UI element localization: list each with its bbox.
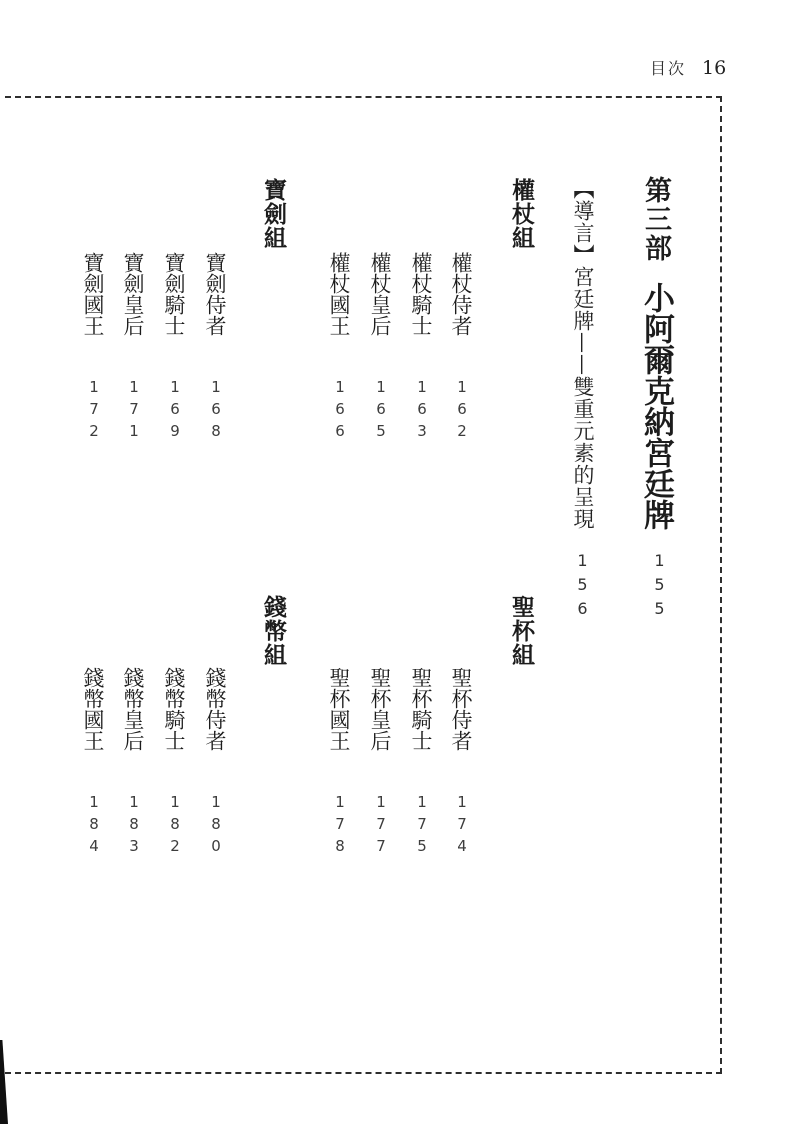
dashed-frame	[5, 96, 722, 1074]
running-head: 目次 16	[650, 56, 726, 79]
toc-entry-title: 錢幣騎士	[163, 667, 184, 751]
toc-entry-title: 寶劍皇后	[122, 252, 143, 336]
intro-page-number: 156	[574, 551, 590, 623]
part-page-number: 155	[651, 551, 667, 623]
toc-entry-title: 聖杯侍者	[450, 667, 471, 751]
part-title: 小阿爾克納宮廷牌	[640, 282, 671, 530]
toc-entry-page: 168	[208, 378, 223, 444]
toc-entry-page: 162	[454, 378, 469, 444]
toc-entry-page: 180	[208, 793, 223, 859]
section-header-wands: 權杖組	[510, 178, 533, 250]
section-header-swords: 寶劍組	[262, 178, 285, 250]
section-header-cups: 聖杯組	[510, 595, 533, 667]
toc-entry-page: 177	[373, 793, 388, 859]
toc-entry-title: 錢幣國王	[82, 667, 103, 751]
toc-entry-page: 166	[332, 378, 347, 444]
toc-entry-title: 聖杯騎士	[410, 667, 431, 751]
toc-entry-page: 182	[167, 793, 182, 859]
toc-entry-page: 172	[86, 378, 101, 444]
toc-entry-page: 169	[167, 378, 182, 444]
toc-entry-page: 184	[86, 793, 101, 859]
toc-entry-page: 174	[454, 793, 469, 859]
part-label: 第三部	[642, 176, 669, 263]
toc-entry-title: 權杖國王	[328, 252, 349, 336]
running-head-page-number: 16	[702, 57, 726, 79]
toc-entry-page: 165	[373, 378, 388, 444]
running-head-label: 目次	[650, 56, 686, 79]
intro-entry-title: 【導言】宮廷牌——雙重元素的呈現	[572, 178, 593, 530]
toc-entry-title: 寶劍國王	[82, 252, 103, 336]
toc-entry-page: 163	[414, 378, 429, 444]
toc-entry-title: 寶劍侍者	[204, 252, 225, 336]
toc-entry-title: 權杖侍者	[450, 252, 471, 336]
toc-entry-title: 聖杯國王	[328, 667, 349, 751]
toc-entry-title: 權杖騎士	[410, 252, 431, 336]
toc-entry-title: 權杖皇后	[369, 252, 390, 336]
toc-entry-title: 聖杯皇后	[369, 667, 390, 751]
section-header-coins: 錢幣組	[262, 595, 285, 667]
toc-page: 目次 16 第三部 小阿爾克納宮廷牌 155 【導言】宮廷牌——雙重元素的呈現 …	[0, 0, 792, 1124]
toc-entry-title: 錢幣皇后	[122, 667, 143, 751]
toc-entry-title: 錢幣侍者	[204, 667, 225, 751]
toc-entry-page: 178	[332, 793, 347, 859]
toc-entry-page: 175	[414, 793, 429, 859]
toc-entry-title: 寶劍騎士	[163, 252, 184, 336]
toc-entry-page: 171	[126, 378, 141, 444]
toc-entry-page: 183	[126, 793, 141, 859]
